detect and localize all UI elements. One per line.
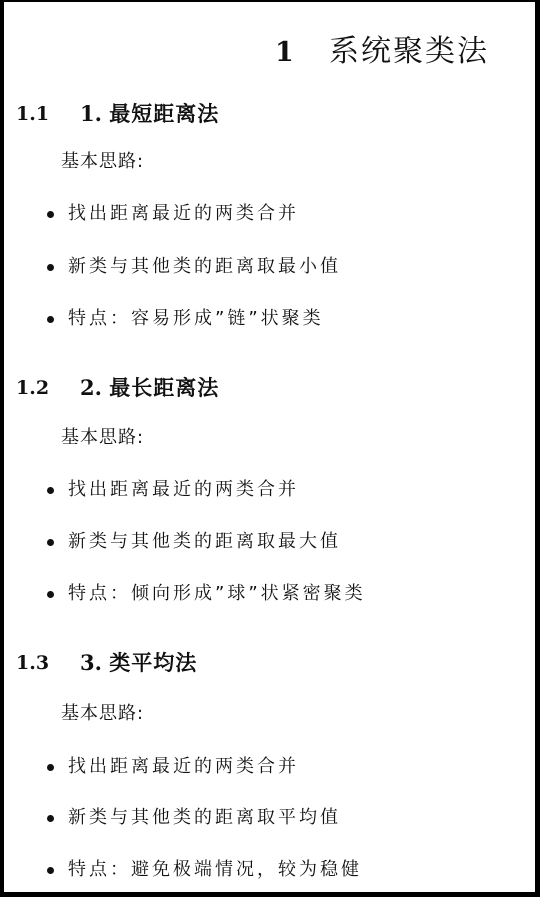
list-item-text: 特点：倾向形成”球”状紧密聚类 (68, 585, 366, 603)
section-title-text: 类平均法 (109, 651, 197, 675)
list-item: 找出距离最近的两类合并 (47, 758, 299, 776)
list-item: 找出距离最近的两类合并 (47, 205, 299, 223)
list-item: 新类与其他类的距离取最小值 (47, 258, 341, 276)
bullet-icon (47, 487, 54, 494)
bullet-icon (47, 211, 54, 218)
list-item: 特点：倾向形成”球”状紧密聚类 (47, 585, 366, 603)
section-number: 1.1 (16, 105, 49, 124)
section-intro: 基本思路: (61, 705, 144, 723)
list-item-text: 找出距离最近的两类合并 (68, 481, 299, 499)
bullet-icon (47, 264, 54, 271)
section-title: 2. 最长距离法 (80, 377, 219, 399)
bullet-icon (47, 815, 54, 822)
section-number: 1.2 (16, 379, 49, 398)
list-item-text: 特点：容易形成”链”状聚类 (68, 310, 324, 328)
list-item: 新类与其他类的距离取最大值 (47, 533, 341, 551)
section-label-prefix: 3. (80, 650, 102, 675)
list-item: 新类与其他类的距离取平均值 (47, 809, 341, 827)
document-page: 1 系统聚类法 1.1 1. 最短距离法 基本思路: 找出距离最近的两类合并 新… (4, 2, 535, 892)
chapter-number: 1 (275, 39, 294, 66)
section-label-prefix: 2. (80, 375, 102, 400)
list-item-text: 新类与其他类的距离取平均值 (68, 809, 341, 827)
section-title-text: 最长距离法 (109, 376, 219, 400)
bullet-icon (47, 316, 54, 323)
section-number: 1.3 (16, 654, 49, 673)
list-item: 特点：容易形成”链”状聚类 (47, 310, 324, 328)
chapter-title: 系统聚类法 (329, 37, 489, 67)
list-item-text: 找出距离最近的两类合并 (68, 758, 299, 776)
bullet-icon (47, 539, 54, 546)
section-title: 1. 最短距离法 (80, 103, 219, 125)
section-title-text: 最短距离法 (109, 102, 219, 126)
section-label-prefix: 1. (80, 101, 102, 126)
list-item-text: 新类与其他类的距离取最大值 (68, 533, 341, 551)
section-intro: 基本思路: (61, 429, 144, 447)
list-item: 特点：避免极端情况，较为稳健 (47, 861, 362, 879)
bullet-icon (47, 867, 54, 874)
bullet-icon (47, 764, 54, 771)
bullet-icon (47, 591, 54, 598)
section-title: 3. 类平均法 (80, 652, 197, 674)
list-item-text: 特点：避免极端情况，较为稳健 (68, 861, 362, 879)
list-item-text: 新类与其他类的距离取最小值 (68, 258, 341, 276)
list-item: 找出距离最近的两类合并 (47, 481, 299, 499)
section-intro: 基本思路: (61, 153, 144, 171)
list-item-text: 找出距离最近的两类合并 (68, 205, 299, 223)
